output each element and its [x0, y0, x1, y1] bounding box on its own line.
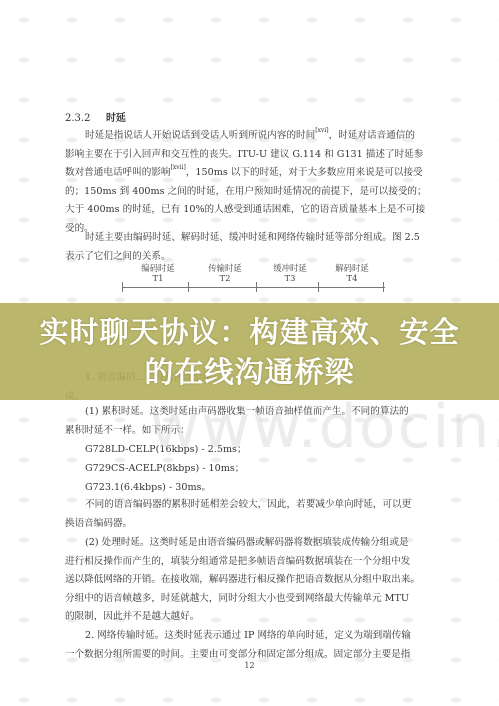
- paragraph-processing-latency: (2) 处理时延。这类时延是由语音编码器或解码器将数据填装成传输分组或是 进行相…: [65, 534, 437, 627]
- section-heading: 2.3.2 时延: [65, 109, 126, 124]
- segment-transmission: 传输时延 T2: [195, 263, 255, 283]
- segment-decoding: 解码时延 T4: [322, 263, 382, 283]
- banner-title: 实时聊天协议：构建高效、安全的在线沟通桥梁: [30, 312, 470, 392]
- timeline-tick: [122, 282, 123, 292]
- paragraph-network-latency: 2. 网络传输时延。这类时延表示通过 IP 网络的单向时延，定义为端到端传输 一…: [65, 627, 437, 664]
- title-banner: 实时聊天协议：构建高效、安全的在线沟通桥梁: [0, 303, 499, 400]
- paragraph-codec-advice: 不同的语音编码器的累积时延相差会较大，因此，若要减少单向时延，可以更 换语音编码…: [65, 496, 437, 533]
- timeline-tick: [188, 282, 189, 292]
- section-title: 时延: [106, 113, 126, 124]
- timeline-tick: [383, 282, 384, 292]
- paragraph-accumulated-latency: (1) 累积时延。这类时延由声码器收集一帧语音抽样值而产生。不同的算法的 累积时…: [65, 403, 437, 440]
- timeline-tick: [256, 282, 257, 292]
- paragraph-latency-definition: 时延是指说话人开始说话到受话人听到所说内容的时间[xvi]，时延对话音通信的 影…: [65, 127, 437, 239]
- citation-ref: [xvi]: [315, 127, 328, 134]
- codec-item: G723.1(6.4kbps) - 30ms。: [85, 479, 211, 493]
- latency-timeline-diagram: 编码时延 T1 传输时延 T2 缓冲时延 T3 解码时延 T4: [120, 263, 385, 293]
- paragraph-latency-components: 时延主要由编码时延、解码时延、缓冲时延和网络传输时延等部分组成。图 2.5 表示…: [65, 229, 437, 266]
- page-number: 12: [0, 661, 499, 670]
- segment-encoding: 编码时延 T1: [128, 263, 188, 283]
- timeline-tick: [318, 282, 319, 292]
- segment-buffering: 缓冲时延 T3: [260, 263, 320, 283]
- timeline-axis: [122, 287, 385, 288]
- codec-item: G729CS-ACELP(8kbps) - 10ms；: [85, 460, 244, 474]
- citation-ref: [xvii]: [171, 164, 186, 171]
- codec-item: G728LD-CELP(16kbps) - 2.5ms；: [85, 441, 247, 455]
- section-number: 2.3.2: [65, 113, 90, 124]
